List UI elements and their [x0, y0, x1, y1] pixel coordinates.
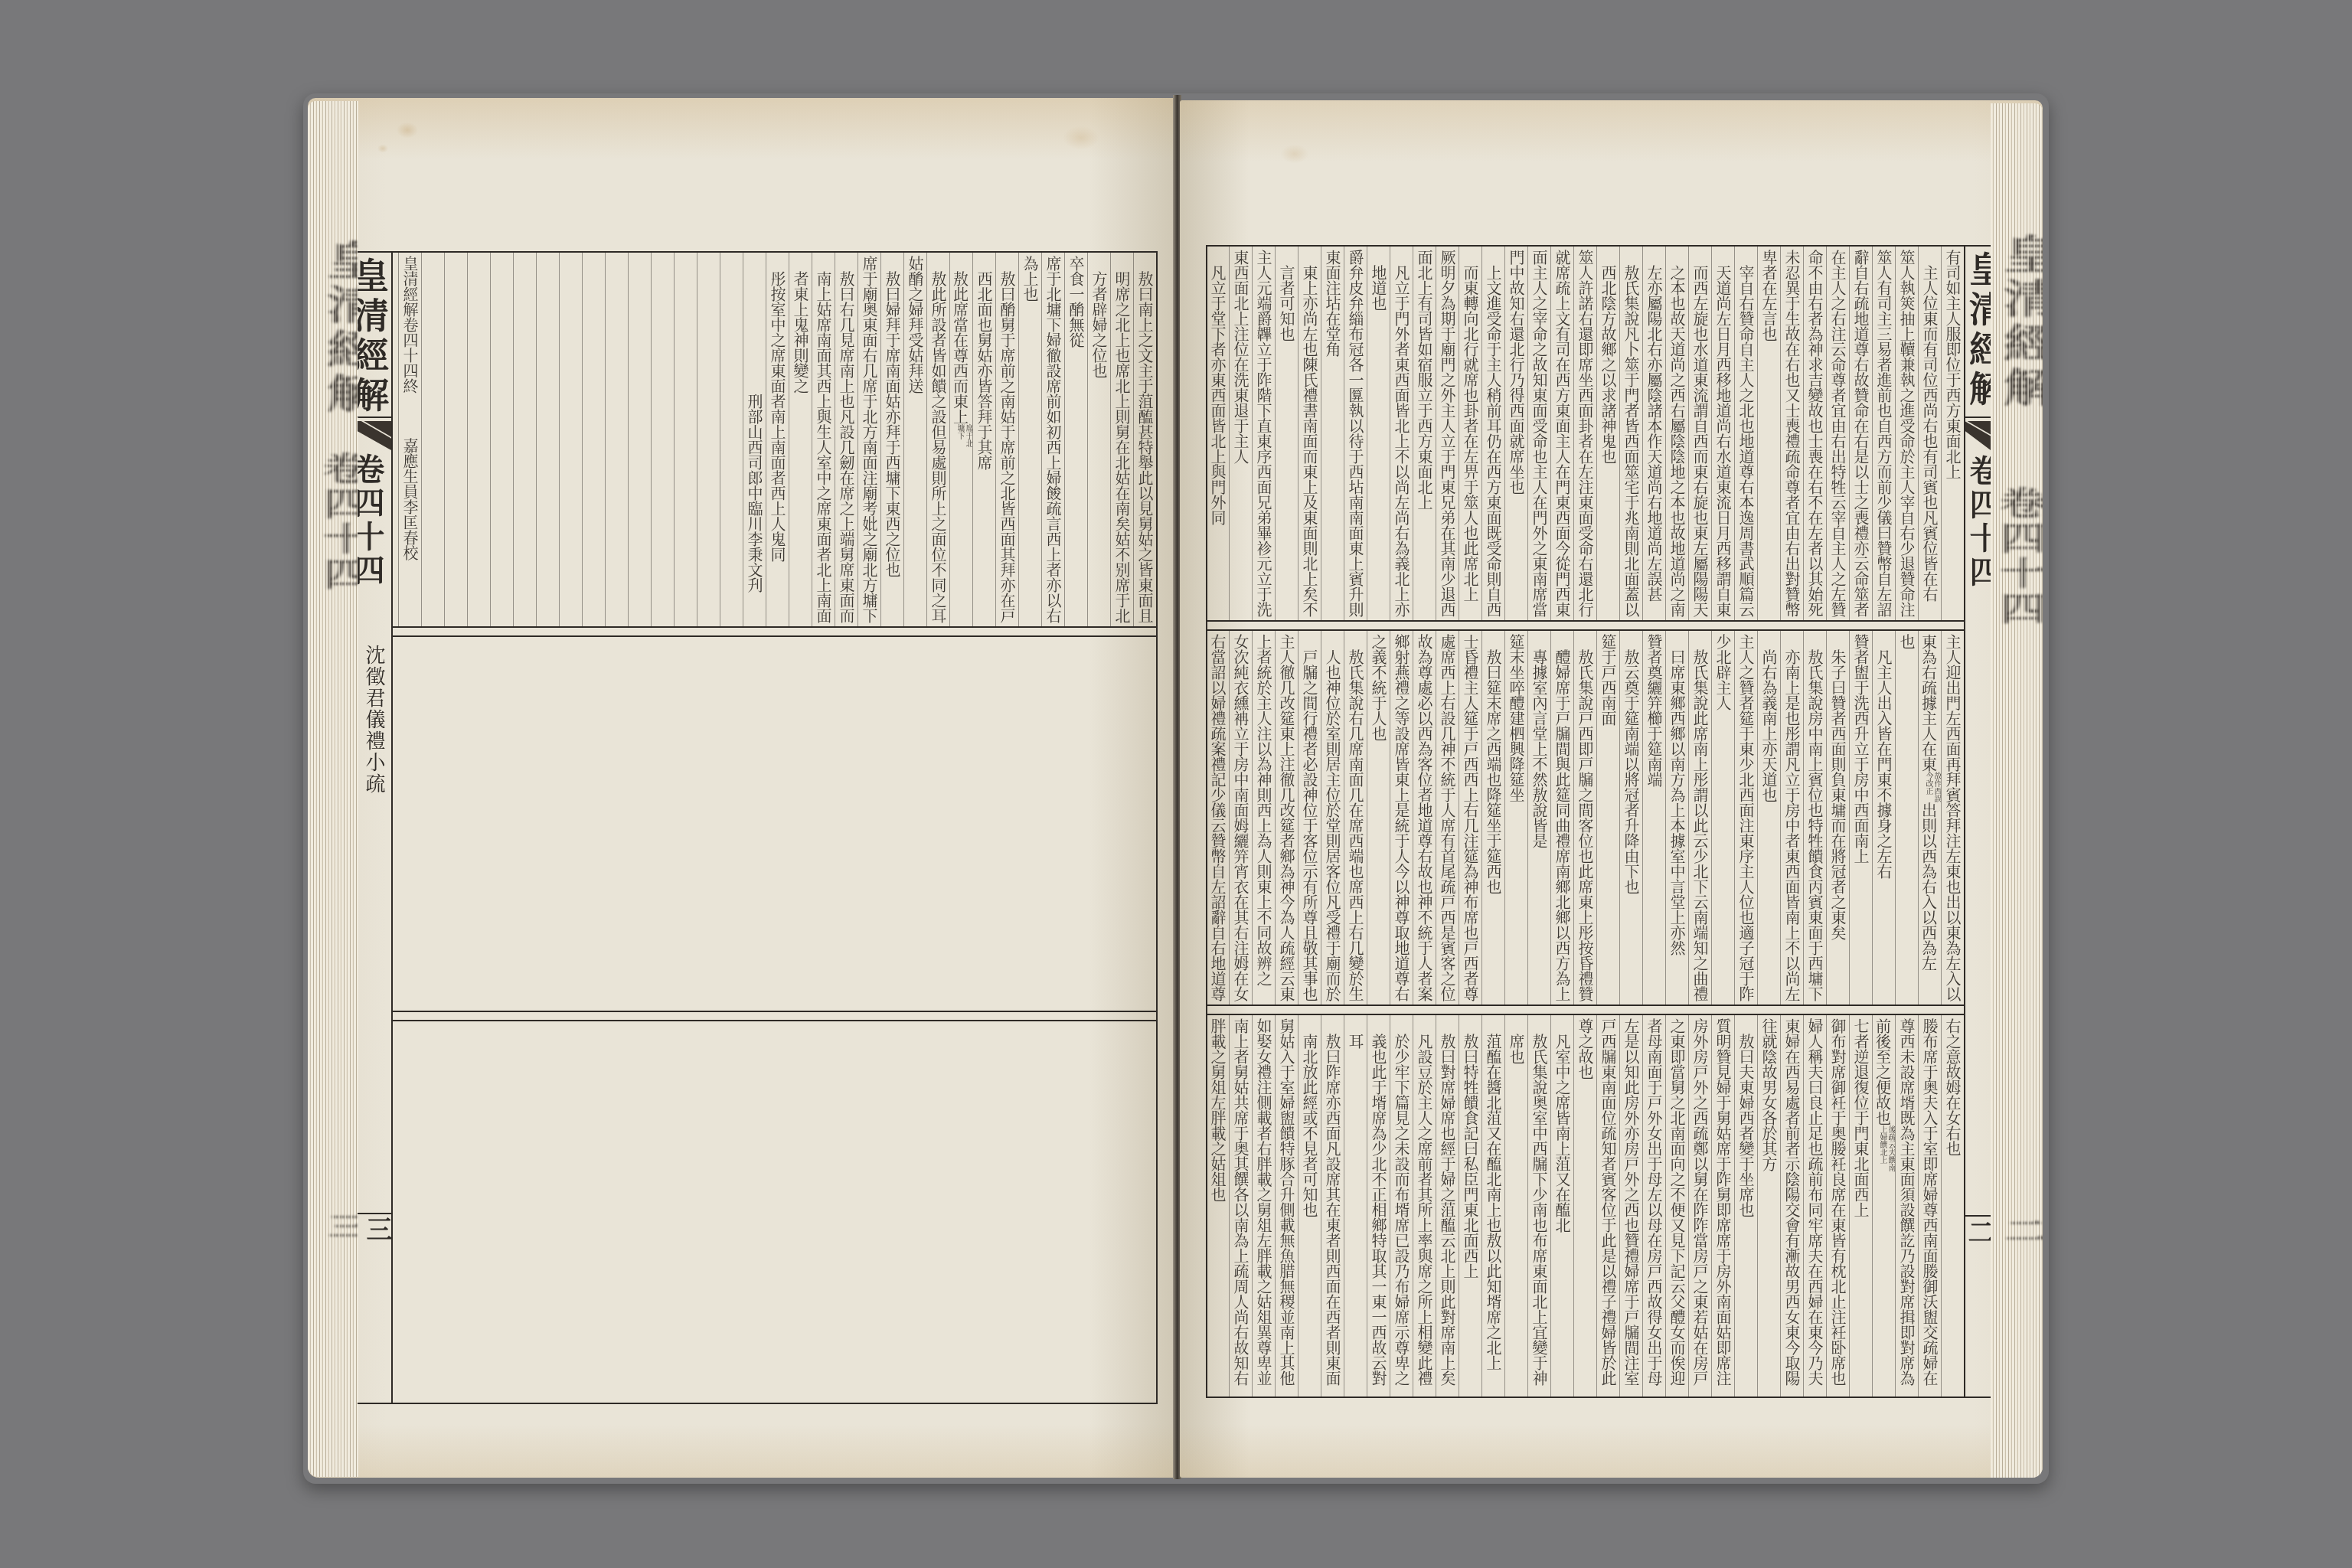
column-text: 卑者在左言也	[1759, 250, 1778, 341]
fore-edge-title-bleed: 皇清經解	[1991, 234, 2043, 411]
column-text: 彤按室中之席東面者南上南面者西上人鬼同	[768, 271, 786, 562]
column-text: 之義不統于人也	[1369, 634, 1387, 741]
text-column: 卒食一酳無從	[1064, 253, 1087, 626]
text-column: 面北上有司皆如宿服立于西方東面北上	[1413, 247, 1436, 620]
column-text: 凡主人出入皆在門東不據身之左右	[1874, 649, 1893, 879]
column-text: 西北面也舅姑亦皆答拜于其席	[975, 271, 993, 470]
text-column: 朱子曰贊者西面則負東墉而在將冠者之東矣	[1826, 631, 1849, 1004]
column-text: 凡立于門外者東西面皆北上不以尚左尚右為義北上亦	[1392, 265, 1410, 617]
register-divider	[393, 1011, 1156, 1021]
text-column: 主人徹几改筵東上注徹几改筵者鄉為神今為人疏經云東	[1275, 631, 1298, 1004]
column-text: 面北上有司皆如宿服立于西方東面北上	[1415, 250, 1433, 510]
text-column	[674, 253, 697, 626]
register-top: 敖曰南上之文主于菹醢甚特舉此以見舅姑之皆東面且 明席之北上也席北上則舅在北姑在南…	[393, 253, 1156, 626]
column-text: 敖氏集說戸西即戸牖之間客位也此席東上彤按昏禮贊	[1576, 649, 1594, 1001]
fishtail-mark-icon	[1965, 416, 1991, 450]
text-column: 故為尊處必以西為客位者地道尊右故也神不統于人者案	[1413, 631, 1436, 1004]
right-page-text-area: 有司如主人服即位于西方東面北上 主人位東而有司位西尚右也有司賓也凡賓位皆在右 筮…	[1207, 247, 1964, 1396]
column-text: 敖氏集說奥室中西牖下少南也布席東面北上宜變于神	[1530, 1034, 1548, 1386]
text-column: 皇清經解卷四十四終嘉應生員李匡春校	[398, 253, 421, 626]
column-text: 凡室中之席皆南上菹又在醢北	[1553, 1034, 1571, 1233]
text-column: 東上亦尚左也陳氏禮書南面而東上及東面則北上矣不	[1298, 247, 1321, 620]
text-column: 卑者在左言也	[1757, 247, 1780, 620]
margin-book-title: 皇清經解	[1967, 251, 1991, 410]
text-column	[559, 253, 582, 626]
text-column: 明席之北上也席北上則舅在北姑在南矣姑不别席于北	[1110, 253, 1133, 626]
text-column: 戸牖之間行禮者必設神位于客位示有所尊且敬其事也	[1298, 631, 1321, 1004]
text-column: 贊者奠纚笄櫛于筵南端	[1642, 631, 1665, 1004]
column-text: 前後至之便故也	[1873, 1018, 1892, 1125]
fore-edge-juan-bleed: 卷四十四	[1991, 486, 2043, 627]
text-column: 處席西上右設几神不統于人席有首尾疏戸西是賓客之位	[1436, 631, 1459, 1004]
text-column: 天道尚左日月西移地道尚右水道東流日月西移謂自東	[1711, 247, 1734, 620]
column-text: 舅姑入于室婦盥饋特豚合升側載無魚腊無稷並南上其他	[1277, 1018, 1295, 1386]
text-column: 尊之故也	[1573, 1015, 1596, 1396]
margin-juan-number: 卷四十四	[358, 453, 382, 588]
text-column: 敖此席當在尊西而東上席于北墉下	[949, 253, 972, 626]
column-text: 凡設豆於主人之席前者其所上率與席之所上相變此禮	[1415, 1034, 1433, 1386]
text-column: 敖曰阼席亦西面凡設席其在東者則西面在西者則東面	[1321, 1015, 1344, 1396]
text-column: 筮人執筴抽上韇兼執之進受命於主人宰自右少退贊命注	[1895, 247, 1918, 620]
column-text: 上文進受命于主人稍前耳仍在西方東面既受命則自西	[1484, 265, 1502, 617]
column-text: 未忍異于生故在右也又士喪禮疏命尊者宜由右出對贊幣	[1782, 250, 1801, 617]
left-page-frame: 皇清經解 卷四十四 沈徵君儀禮小疏 三 敖曰南上之文主于菹醢甚特舉此以見舅姑之皆…	[358, 251, 1158, 1404]
column-text: 主人迎出門左西面再拜賓答拜注左東也出以東為左入以	[1943, 634, 1962, 1001]
text-column: 左是以知此房外亦房戸外之西也贊禮婦席于戸牖間注室	[1619, 1015, 1642, 1396]
text-column: 言者可知也	[1275, 247, 1298, 620]
text-column	[444, 253, 467, 626]
column-text: 敖氏集說房中南上賓位也特牲饋食丙賓東面于西墉下	[1805, 649, 1824, 1001]
text-column: 右當詔以婦禮疏案禮記少儀云贊幣自左詔辭自右地道尊	[1207, 631, 1229, 1004]
text-column: 戸西牖東南面位疏知者賓客位于此是以禮子禮婦皆於此	[1596, 1015, 1619, 1396]
text-column: 上文進受命于主人稍前耳仍在西方東面既受命則自西	[1481, 247, 1504, 620]
text-column: 門中故知右還北行乃得西面就席坐也	[1504, 247, 1527, 620]
column-text: 左是以知此房外亦房戸外之西也贊禮婦席于戸牖間注室	[1622, 1018, 1640, 1386]
column-text: 南上者舅姑共席于奥其饌各以南為上疏周人尚右故知右	[1231, 1018, 1249, 1386]
text-column: 者母南面于戸外女出于母左以母在房戸西故得女出于母	[1642, 1015, 1665, 1396]
column-text: 東為右疏據主人在東	[1919, 634, 1938, 772]
column-text: 醴婦席于戸牖間與此筵同曲禮席南鄉北鄉以西方為上	[1553, 649, 1571, 1001]
margin-work-title: 沈徵君儀禮小疏	[363, 645, 384, 795]
text-column: 東為右疏據主人在東故作西誤今改正出則以西為右入以西為左	[1918, 631, 1941, 1004]
column-text: 敖曰右几見席南上也凡設几劒在席之上端舅席東面而	[837, 271, 855, 623]
text-column: 有司如主人服即位于西方東面北上	[1941, 247, 1964, 620]
column-text: 天道尚左日月西移地道尚右水道東流日月西移謂自東	[1713, 265, 1732, 617]
text-column: 敖氏集說戸西即戸牖之間客位也此席東上彤按昏禮贊	[1573, 631, 1596, 1004]
text-column: 敖云奠于筵南端以將冠者升降由下也	[1619, 631, 1642, 1004]
column-text: 筵末坐啐醴建柶興降筵坐	[1507, 634, 1525, 802]
text-column: 凡立于堂下者亦東西面皆北上與門外同	[1207, 247, 1229, 620]
text-column: 敖氏集說此席南上彤謂以此云少北下云南端知之曲禮	[1688, 631, 1711, 1004]
text-column: 東婦在西易處者前者示陰陽交會有漸故男西女東今取陽	[1780, 1015, 1803, 1396]
text-column: 士昏禮主人筵于戸西西上右几注筵為神布席也戸西者尊	[1459, 631, 1481, 1004]
text-column: 命不由右者為神求吉變故也士喪在右不在左者以其始死	[1803, 247, 1826, 620]
column-text: 席也	[1507, 1034, 1525, 1064]
column-text: 筮人有司主三易者進前也自西方而前少儀曰贊幣自左詔	[1874, 250, 1893, 617]
text-column: 往就陰故男女各於其方	[1757, 1015, 1780, 1396]
text-column: 為上也	[1018, 253, 1041, 626]
column-text: 敖氏集說右几席南面几在席西端也席西上右几變於生	[1346, 649, 1364, 1001]
column-list: 敖曰南上之文主于菹醢甚特舉此以見舅姑之皆東面且 明席之北上也席北上則舅在北姑在南…	[393, 253, 1156, 626]
text-column: 南北放此經或不見者可知也	[1298, 1015, 1321, 1396]
fore-edge-right: 皇清經解 卷四十四 二	[1991, 103, 2043, 1478]
column-text: 人也神位於室則居主位於堂則居客位凡受禮于廟而於	[1323, 649, 1341, 1001]
column-text: 敖曰對席婦席也經于婦之菹醢云北上則此對席南上矣	[1438, 1034, 1456, 1386]
column-text: 尊之故也	[1576, 1018, 1594, 1080]
text-column: 贊者盥于洗西升立于房中西面南上	[1849, 631, 1872, 1004]
text-column: 敖此所設者皆如饋之設但易處則所上之面位不同之耳	[926, 253, 949, 626]
text-column: 厥明夕為期于廟門之外主人立于門東兄弟在其南少退西	[1436, 247, 1459, 620]
text-column: 質明贊見婦于舅姑席于阼舅即席席于房外南面姑即席注	[1711, 1015, 1734, 1396]
right-page-center-strip: 皇清經解 卷四十四 二	[1964, 247, 1991, 1396]
column-list: 右之意故姆在女右也 媵布席于奥夫入于室即席婦尊西南面媵御沃盥交疏婦在 尊西未設席…	[1207, 1015, 1964, 1396]
text-column	[421, 253, 444, 626]
text-column: 姑酳之婦拜受姑拜送	[903, 253, 926, 626]
column-text: 主人位東而有司位西尚右也有司賓也凡賓位皆在右	[1920, 265, 1939, 602]
text-column: 筮人有司主三易者進前也自西方而前少儀曰贊幣自左詔	[1872, 247, 1895, 620]
text-column	[582, 253, 605, 626]
text-column: 之義不統于人也	[1367, 631, 1390, 1004]
column-text: 門中故知右還北行乃得西面就席坐也	[1507, 250, 1525, 495]
text-column: 敖曰對席婦席也經于婦之菹醢云北上則此對席南上矣	[1436, 1015, 1459, 1396]
register-top: 有司如主人服即位于西方東面北上 主人位東而有司位西尚右也有司賓也凡賓位皆在右 筮…	[1207, 247, 1964, 620]
text-column: 敖曰特牲饋食記曰私臣門東北面西上	[1459, 1015, 1481, 1396]
text-column: 辭自右疏地道尊右故贊命在右是以士之喪禮亦云命筮者	[1849, 247, 1872, 620]
column-text: 南上姑席南面其西上與生人室中之席東面者北上南面	[814, 271, 832, 623]
interlinear-note: 後疏云夫饌南上婦饌北上	[1878, 1125, 1895, 1171]
text-column: 少北辟主人	[1711, 631, 1734, 1004]
register-bottom: 右之意故姆在女右也 媵布席于奥夫入于室即席婦尊西南面媵御沃盥交疏婦在 尊西未設席…	[1207, 1015, 1964, 1396]
column-text: 辭自右疏地道尊右故贊命在右是以士之喪禮亦云命筮者	[1851, 250, 1870, 617]
column-text: 戸西牖東南面位疏知者賓客位于此是以禮子禮婦皆於此	[1599, 1018, 1617, 1386]
margin-juan-number: 卷四十四	[1967, 455, 1991, 590]
text-column: 凡設豆於主人之席前者其所上率與席之所上相變此禮	[1413, 1015, 1436, 1396]
text-column: 房外房戸外之西疏鄭以舅在阼阼當房戸之東若姑在房戸	[1688, 1015, 1711, 1396]
text-column	[628, 253, 651, 626]
column-text: 在主人之右注云命尊者宜由右出特牲云宰自主人之左贊	[1828, 250, 1847, 617]
text-column: 宰自右贊命自主人之北也地道尊右本逸周書武順篇云	[1734, 247, 1757, 620]
column-text: 婦人稱夫曰良止足也疏前布同牢席夫在西婦在東今乃夫	[1805, 1018, 1824, 1386]
text-column: 敖氏集說奥室中西牖下少南也布席東面北上宜變于神	[1527, 1015, 1550, 1396]
text-column: 主人迎出門左西面再拜賓答拜注左東也出以東為左入以	[1941, 631, 1964, 1004]
text-column: 東面注坫在堂角	[1321, 247, 1344, 620]
text-column: 女次純衣纁袡立于房中南面姆纚笄宵衣在其右注姆在女	[1229, 631, 1252, 1004]
text-column: 就席疏上文有司在西方東面主人在門東西面今從門西東	[1550, 247, 1573, 620]
column-text: 敖曰南上之文主于菹醢甚特舉此以見舅姑之皆東面且	[1135, 271, 1154, 623]
text-column: 前後至之便故也後疏云夫饌南上婦饌北上	[1872, 1015, 1895, 1396]
fore-edge-left: 皇清經解 卷四十四 三	[308, 101, 358, 1477]
register-divider	[1207, 620, 1964, 631]
text-column: 西北陰方故鄉之以求諸神鬼也	[1596, 247, 1619, 620]
text-column: 於少牢下篇見之未設而布壻席已設乃布婦席示尊卑之	[1390, 1015, 1413, 1396]
column-text: 士昏禮主人筵于戸西西上右几注筵為神布席也戸西者尊	[1461, 634, 1479, 1001]
column-text: 曰席東鄉西鄉以南方為上本據室中言堂上亦然	[1668, 649, 1686, 955]
text-column: 御布對席御衽于奥媵衽良席在東皆有枕北止注衽卧席也	[1826, 1015, 1849, 1396]
left-page-text-area: 敖曰南上之文主于菹醢甚特舉此以見舅姑之皆東面且 明席之北上也席北上則舅在北姑在南…	[393, 253, 1156, 1403]
column-text: 明席之北上也席北上則舅在北姑在南矣姑不别席于北	[1112, 271, 1131, 623]
column-text: 有司如主人服即位于西方東面北上	[1943, 250, 1962, 479]
column-text: 者東上鬼神則變之	[791, 271, 809, 394]
text-column: 敖氏集說房中南上賓位也特牲饋食丙賓東面于西墉下	[1803, 631, 1826, 1004]
text-column: 之東即當舅之北南面向之不便又見下記云父醴女而俟迎	[1665, 1015, 1688, 1396]
text-column: 席于廟奥東面右几席于北方南面注廟考妣之廟北方墉下	[857, 253, 880, 626]
fore-edge-title-bleed: 皇清經解	[309, 240, 358, 417]
column-text: 之本也故天道尚之西右屬陰陰地之本也故地道尚之南	[1668, 265, 1686, 617]
text-column: 敖氏集說凡卜筮于門者皆西面筮宅于兆南則北面蓋以	[1619, 247, 1642, 620]
column-text: 女次純衣纁袡立于房中南面姆纚笄宵衣在其右注姆在女	[1231, 634, 1249, 1001]
text-column: 主人元端爵韠立于阼階下直東序西面兄弟畢袗元立于洗	[1252, 247, 1275, 620]
text-column	[720, 253, 743, 626]
page-number: 三	[364, 1216, 390, 1242]
text-column: 彤按室中之席東面者南上南面者西上人鬼同	[766, 253, 789, 626]
column-list	[393, 637, 1156, 1011]
column-text: 東西面北上注位在洗東退于主人	[1231, 250, 1249, 464]
column-text: 敖云奠于筵南端以將冠者升降由下也	[1622, 649, 1640, 894]
text-column: 亦南上是也彤謂凡立于房中者東西面皆南上不以尚左	[1780, 631, 1803, 1004]
column-text: 方者辟婦之位也	[1089, 271, 1108, 378]
column-text: 東面注坫在堂角	[1323, 250, 1341, 357]
column-text: 凡立于堂下者亦東西面皆北上與門外同	[1208, 265, 1227, 525]
text-column: 上者統於主人注以為神則西上為人則東上不同故辨之	[1252, 631, 1275, 1004]
column-text: 右之意故姆在女右也	[1943, 1018, 1962, 1156]
text-column: 主人之贊者筵于東少北西面注東序主人位也適子冠于阼	[1734, 631, 1757, 1004]
text-column: 而西左旋也水道東流謂自西而東右旋也東左屬陽陽天	[1688, 247, 1711, 620]
column-text: 朱子曰贊者西面則負東墉而在將冠者之東矣	[1828, 649, 1847, 940]
column-text: 敖曰筵末席之西端也降筵坐于筵西也	[1484, 649, 1502, 894]
text-column: 之本也故天道尚之西右屬陰陰地之本也故地道尚之南	[1665, 247, 1688, 620]
text-column: 曰席東鄉西鄉以南方為上本據室中言堂上亦然	[1665, 631, 1688, 1004]
text-column: 菹醢在醬北菹又在醢北南上也敖以此知壻席之北上	[1481, 1015, 1504, 1396]
text-column: 專據室內言堂上不然敖說皆是	[1527, 631, 1550, 1004]
text-column: 凡立于門外者東西面皆北上不以尚左尚右為義北上亦	[1390, 247, 1413, 620]
register-middle	[393, 637, 1156, 1011]
text-column: 筮人許諾右還即席坐西面卦者在左注東面受命右還北行	[1573, 247, 1596, 620]
column-text: 處席西上右設几神不統于人席有首尾疏戸西是賓客之位	[1438, 634, 1456, 1001]
text-column: 人也神位於室則居主位於堂則居客位凡受禮于廟而於	[1321, 631, 1344, 1004]
column-text: 少北辟主人	[1713, 634, 1732, 710]
column-text: 專據室內言堂上不然敖說皆是	[1530, 649, 1548, 848]
column-text: 東婦在西易處者前者示陰陽交會有漸故男西女東今取陽	[1782, 1018, 1801, 1386]
text-column: 如娶女禮注側載者右胖載之舅俎左胖載之姑俎異尊卑並	[1252, 1015, 1275, 1396]
text-column: 敖曰酳舅于席前之南姑于席前之北皆西面其拜亦在戸	[995, 253, 1018, 626]
register-divider	[393, 626, 1156, 637]
column-text: 為上也	[1021, 256, 1039, 302]
column-text: 尊西未設席壻既為主東面須設饌訖乃設對席揖即對席為	[1897, 1018, 1916, 1386]
column-text: 故為尊處必以西為客位者地道尊右故也神不統于人者案	[1415, 634, 1433, 1001]
column-text: 房外房戸外之西疏鄭以舅在阼阼當房戸之東若姑在房戸	[1690, 1018, 1709, 1386]
text-column: 刑部山西司郎中臨川李秉文刋	[743, 253, 766, 626]
column-text: 主人徹几改筵東上注徹几改筵者鄉為神今為人疏經云東	[1277, 634, 1295, 1001]
column-text: 地道也	[1369, 265, 1387, 311]
column-text: 而東轉向北行就席也卦者在左畀于筮人也此席北上	[1461, 265, 1479, 602]
column-text: 之東即當舅之北南面向之不便又見下記云父醴女而俟迎	[1668, 1018, 1686, 1386]
text-column	[536, 253, 559, 626]
column-text: 筮人執筴抽上韇兼執之進受命於主人宰自右少退贊命注	[1897, 250, 1916, 617]
right-page-frame: 有司如主人服即位于西方東面北上 主人位東而有司位西尚右也有司賓也凡賓位皆在右 筮…	[1206, 245, 1991, 1398]
column-text: 敖曰夫東婦西者變于坐席也	[1736, 1034, 1755, 1217]
column-text: 厥明夕為期于廟門之外主人立于門東兄弟在其南少退西	[1438, 250, 1456, 617]
text-column: 舅姑入于室婦盥饋特豚合升側載無魚腊無稷並南上其他	[1275, 1015, 1298, 1396]
column-text: 皇清經解卷四十四終	[400, 256, 419, 394]
text-column: 東西面北上注位在洗東退于主人	[1229, 247, 1252, 620]
column-text: 耳	[1346, 1034, 1364, 1049]
column-text-continued: 出則以西為右入以西為左	[1919, 802, 1938, 971]
page-number-rule	[1965, 1215, 1991, 1217]
fore-edge-juan-bleed: 卷四十四	[311, 452, 358, 593]
interlinear-note: 故作西誤今改正	[1924, 772, 1941, 802]
register-middle: 主人迎出門左西面再拜賓答拜注左東也出以東為左入以 東為右疏據主人在東故作西誤今改…	[1207, 631, 1964, 1004]
text-column: 敖氏集說右几席南面几在席西端也席西上右几變於生	[1344, 631, 1367, 1004]
column-text: 姑酳之婦拜受姑拜送	[906, 256, 924, 394]
column-text: 敖曰酳舅于席前之南姑于席前之北皆西面其拜亦在戸	[998, 271, 1016, 623]
column-text: 菹醢在醬北菹又在醢北南上也敖以此知壻席之北上	[1484, 1034, 1502, 1370]
text-column: 主人位東而有司位西尚右也有司賓也凡賓位皆在右	[1918, 247, 1941, 620]
text-column: 敖曰婦拜于席南面姑亦拜于西墉下東西之位也	[880, 253, 903, 626]
fishtail-mark-icon	[358, 416, 391, 450]
page-number-rule	[358, 1213, 391, 1214]
text-column: 媵布席于奥夫入于室即席婦尊西南面媵御沃盥交疏婦在	[1918, 1015, 1941, 1396]
column-text: 就席疏上文有司在西方東面主人在門東西面今從門西東	[1553, 250, 1571, 617]
text-column: 面主人之宰命之故知東面受命也主人在門外之東南席當	[1527, 247, 1550, 620]
column-text: 面主人之宰命之故知東面受命也主人在門外之東南席當	[1530, 250, 1548, 617]
column-text: 敖氏集說凡卜筮于門者皆西面筮宅于兆南則北面蓋以	[1622, 265, 1640, 617]
text-column: 方者辟婦之位也	[1087, 253, 1110, 626]
column-text: 西北陰方故鄉之以求諸神鬼也	[1599, 265, 1617, 464]
column-text: 胖載之舅俎左胖載之姑俎也	[1208, 1018, 1227, 1202]
column-text: 刑部山西司郎中臨川李秉文刋	[745, 394, 763, 593]
text-column: 左亦屬陽北右亦屬陰諸本作天道尚右地道尚左誤甚	[1642, 247, 1665, 620]
page-number: 二	[1965, 1219, 1991, 1245]
text-column: 席也	[1504, 1015, 1527, 1396]
text-column: 未忍異于生故在右也又士喪禮疏命尊者宜由右出對贊幣	[1780, 247, 1803, 620]
text-column: 尊西未設席壻既為主東面須設饌訖乃設對席揖即對席為	[1895, 1015, 1918, 1396]
column-text: 尚右為義南上亦天道也	[1759, 649, 1778, 802]
column-text: 左亦屬陽北右亦屬陰諸本作天道尚右地道尚左誤甚	[1645, 265, 1663, 602]
column-text: 敖曰特牲饋食記曰私臣門東北面西上	[1461, 1034, 1479, 1279]
text-column: 席于北墉下婦徹設席前如初西上婦餕疏言西上者亦以右	[1041, 253, 1064, 626]
text-column: 在主人之右注云命尊者宜由右出特牲云宰自主人之左贊	[1826, 247, 1849, 620]
text-column: 筵于戸西南面	[1596, 631, 1619, 1004]
text-column: 敖曰南上之文主于菹醢甚特舉此以見舅姑之皆東面且	[1133, 253, 1156, 626]
column-text: 往就陰故男女各於其方	[1759, 1018, 1778, 1171]
column-text: 右當詔以婦禮疏案禮記少儀云贊幣自左詔辭自右地道尊	[1208, 634, 1227, 1001]
text-column: 筵末坐啐醴建柶興降筵坐	[1504, 631, 1527, 1004]
column-text: 席于北墉下婦徹設席前如初西上婦餕疏言西上者亦以右	[1044, 256, 1062, 623]
column-text: 鄉射燕禮之等設席皆東上是統于人今以神尊取地道尊右	[1392, 634, 1410, 1001]
column-text: 亦南上是也彤謂凡立于房中者東西面皆南上不以尚左	[1782, 649, 1801, 1001]
text-column	[605, 253, 628, 626]
column-text: 命不由右者為神求吉變故也士喪在右不在左者以其始死	[1805, 250, 1824, 617]
column-text: 也	[1897, 634, 1916, 649]
text-column: 凡主人出入皆在門東不據身之左右	[1872, 631, 1895, 1004]
register-divider	[1207, 1004, 1964, 1015]
column-text: 戸牖之間行禮者必設神位于客位示有所尊且敬其事也	[1300, 649, 1318, 1001]
column-text: 如娶女禮注側載者右胖載之舅俎左胖載之姑俎異尊卑並	[1254, 1018, 1272, 1386]
text-column: 西北面也舅姑亦皆答拜于其席	[972, 253, 995, 626]
text-column	[651, 253, 674, 626]
column-lower-text: 嘉應生員李匡春校	[398, 438, 421, 560]
text-column: 胖載之舅俎左胖載之姑俎也	[1207, 1015, 1229, 1396]
column-text: 卒食一酳無從	[1067, 256, 1085, 348]
text-column: 右之意故姆在女右也	[1941, 1015, 1964, 1396]
text-column	[467, 253, 490, 626]
column-text: 質明贊見婦于舅姑席于阼舅即席席于房外南面姑即席注	[1713, 1018, 1732, 1386]
text-column: 義也此于壻席為少北不正相鄉特取其一東一西故云對	[1367, 1015, 1390, 1396]
interlinear-note: 席于北墉下	[955, 424, 972, 447]
column-text: 敖氏集說此席南上彤謂以此云少北下云南端知之曲禮	[1690, 649, 1709, 1001]
text-column: 爵弁皮弁緇布冠各一匴執以待于西坫南南面東上賓升則	[1344, 247, 1367, 620]
text-column: 耳	[1344, 1015, 1367, 1396]
column-text: 敖曰阼席亦西面凡設席其在東者則西面在西者則東面	[1323, 1034, 1341, 1386]
fore-edge-page-number-bleed: 二	[1992, 1217, 2043, 1243]
text-column: 也	[1895, 631, 1918, 1004]
column-list: 有司如主人服即位于西方東面北上 主人位東而有司位西尚右也有司賓也凡賓位皆在右 筮…	[1207, 247, 1964, 620]
column-text: 媵布席于奥夫入于室即席婦尊西南面媵御沃盥交疏婦在	[1920, 1018, 1939, 1386]
text-column: 尚右為義南上亦天道也	[1757, 631, 1780, 1004]
column-text: 爵弁皮弁緇布冠各一匴執以待于西坫南南面東上賓升則	[1346, 250, 1364, 617]
column-text: 東上亦尚左也陳氏禮書南面而東上及東面則北上矣不	[1300, 265, 1318, 617]
text-column: 南上姑席南面其西上與生人室中之席東面者北上南面	[812, 253, 835, 626]
text-column: 凡室中之席皆南上菹又在醢北	[1550, 1015, 1573, 1396]
column-text: 敖曰婦拜于席南面姑亦拜于西墉下東西之位也	[883, 271, 901, 577]
text-column: 七者逆退復位于門東北面西上	[1849, 1015, 1872, 1396]
column-text: 席于廟奥東面右几席于北方南面注廟考妣之廟北方墉下	[860, 256, 878, 623]
column-text: 於少牢下篇見之未設而布壻席已設乃布婦席示尊卑之	[1392, 1034, 1410, 1386]
column-text: 筵于戸西南面	[1599, 634, 1617, 726]
text-column: 者東上鬼神則變之	[789, 253, 812, 626]
column-text: 義也此于壻席為少北不正相鄉特取其一東一西故云對	[1369, 1034, 1387, 1386]
column-text: 筮人許諾右還即席坐西面卦者在左注東面受命右還北行	[1576, 250, 1594, 617]
text-column: 而東轉向北行就席也卦者在左畀于筮人也此席北上	[1459, 247, 1481, 620]
text-column: 鄉射燕禮之等設席皆東上是統于人今以神尊取地道尊右	[1390, 631, 1413, 1004]
text-column: 敖曰筵末席之西端也降筵坐于筵西也	[1481, 631, 1504, 1004]
column-text: 者母南面于戸外女出于母左以母在房戸西故得女出于母	[1645, 1018, 1663, 1386]
column-text: 御布對席御衽于奥媵衽良席在東皆有枕北止注衽卧席也	[1828, 1018, 1847, 1386]
fore-edge-page-number-bleed: 三	[315, 1213, 358, 1239]
text-column	[513, 253, 536, 626]
column-text: 南北放此經或不見者可知也	[1300, 1034, 1318, 1217]
column-text: 贊者奠纚笄櫛于筵南端	[1645, 634, 1663, 787]
column-text: 七者逆退復位于門東北面西上	[1851, 1018, 1870, 1217]
text-column	[697, 253, 720, 626]
column-text: 敖此席當在尊西而東上	[951, 271, 969, 424]
text-column: 婦人稱夫曰良止足也疏前布同牢席夫在西婦在東今乃夫	[1803, 1015, 1826, 1396]
column-text: 主人之贊者筵于東少北西面注東序主人位也適子冠于阼	[1736, 634, 1755, 1001]
text-column: 醴婦席于戸牖間與此筵同曲禮席南鄉北鄉以西方為上	[1550, 631, 1573, 1004]
text-column: 地道也	[1367, 247, 1390, 620]
column-text: 敖此所設者皆如饋之設但易處則所上之面位不同之耳	[929, 271, 947, 623]
register-bottom	[393, 1021, 1156, 1403]
left-page-center-strip: 皇清經解 卷四十四 沈徵君儀禮小疏 三	[358, 253, 393, 1403]
column-text: 贊者盥于洗西升立于房中西面南上	[1851, 634, 1870, 864]
column-text: 上者統於主人注以為神則西上為人則東上不同故辨之	[1254, 634, 1272, 986]
column-text: 宰自右贊命自主人之北也地道尊右本逸周書武順篇云	[1736, 265, 1755, 617]
column-text: 而西左旋也水道東流謂自西而東右旋也東左屬陽陽天	[1690, 265, 1709, 617]
column-text: 主人元端爵韠立于阼階下直東序西面兄弟畢袗元立于洗	[1254, 250, 1272, 617]
column-text: 言者可知也	[1277, 265, 1295, 341]
text-column: 南上者舅姑共席于奥其饌各以南為上疏周人尚右故知右	[1229, 1015, 1252, 1396]
text-column: 敖曰右几見席南上也凡設几劒在席之上端舅席東面而	[835, 253, 857, 626]
column-list	[393, 1021, 1156, 1403]
column-list: 主人迎出門左西面再拜賓答拜注左東也出以東為左入以 東為右疏據主人在東故作西誤今改…	[1207, 631, 1964, 1004]
text-column: 敖曰夫東婦西者變于坐席也	[1734, 1015, 1757, 1396]
text-column	[490, 253, 513, 626]
margin-book-title: 皇清經解	[358, 257, 387, 416]
